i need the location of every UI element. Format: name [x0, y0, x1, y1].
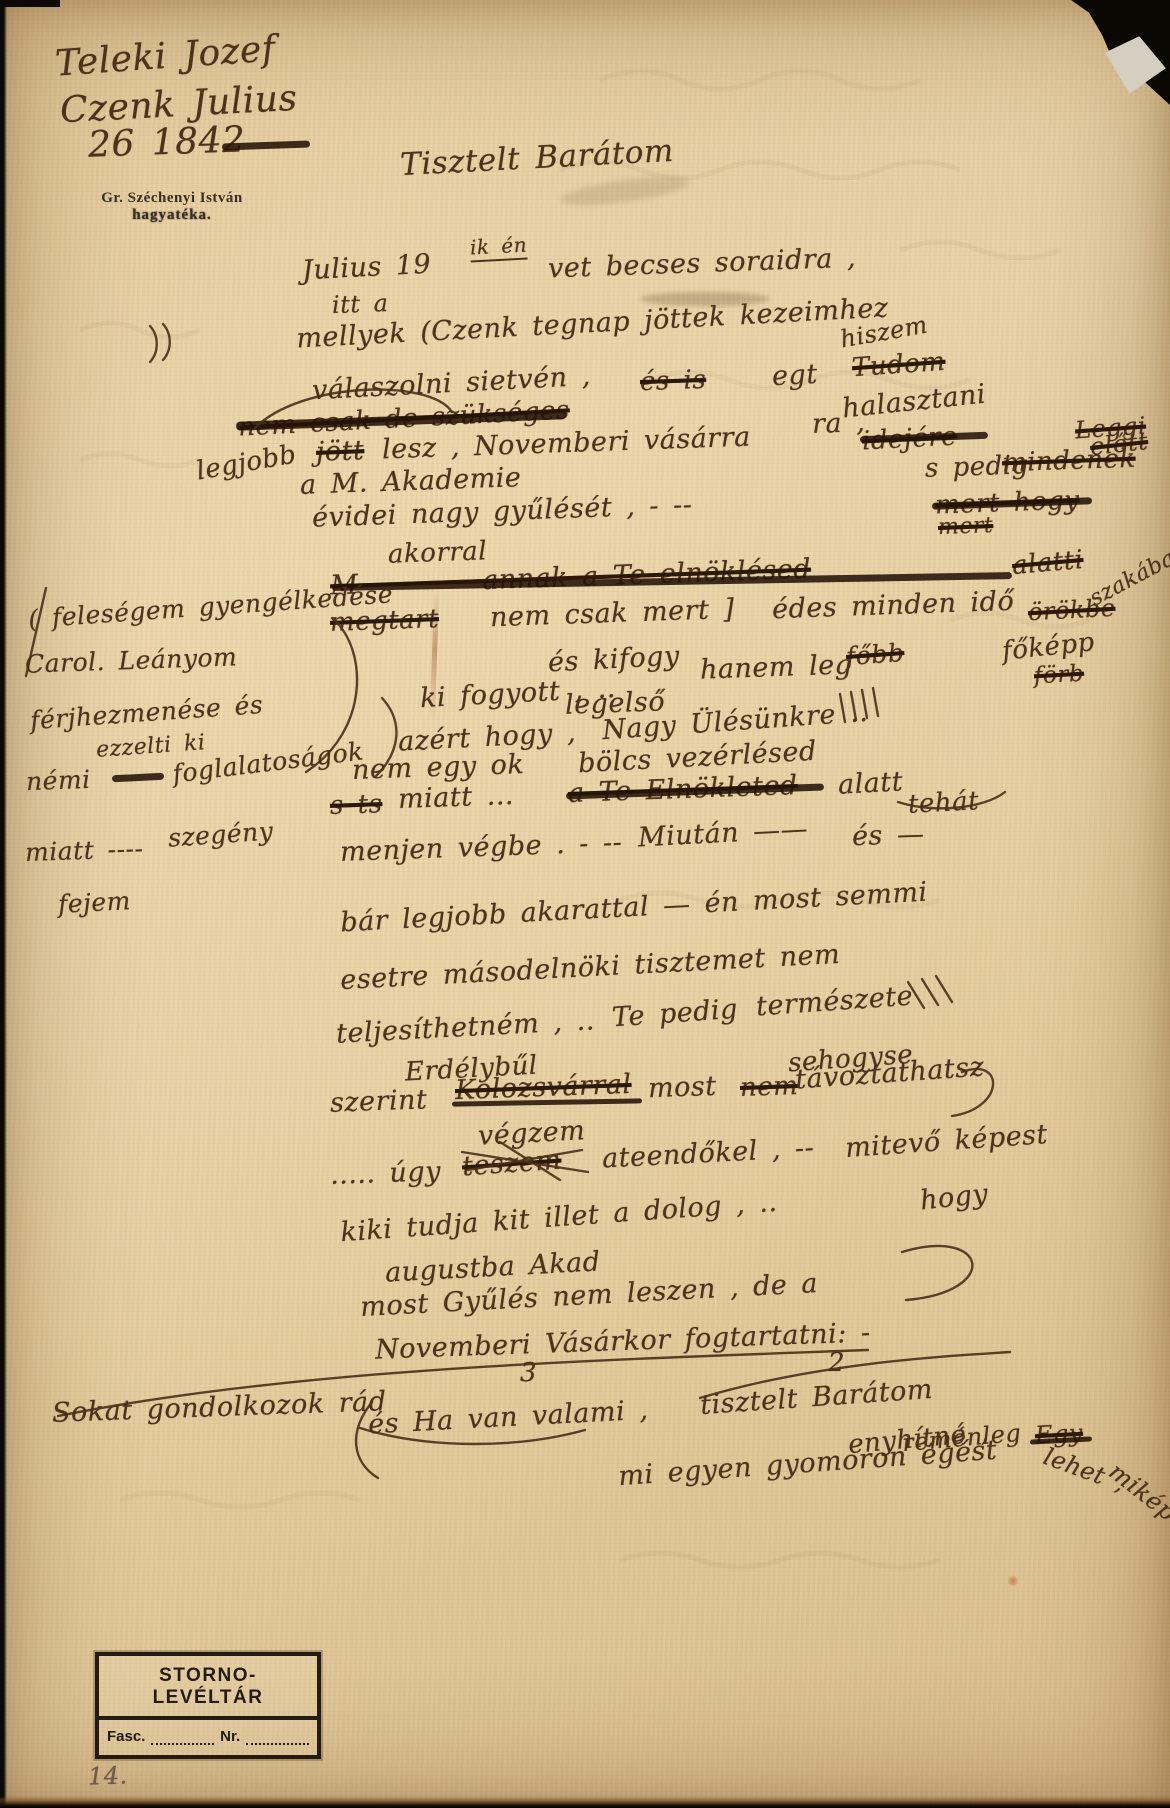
- hw-seg-l29a: 3: [520, 1358, 537, 1388]
- hw-seg-l01b: ik én: [469, 233, 527, 263]
- hw-seg-l32c: Egy: [1034, 1419, 1083, 1449]
- hw-seg-l16b: miatt ...: [397, 780, 514, 815]
- nr-dotted-line: [246, 1729, 309, 1745]
- archive-stamp: STORNO-LEVÉLTÁR Fasc. Nr.: [95, 1652, 321, 1759]
- fasc-dotted-line: [151, 1729, 214, 1745]
- hw-seg-l06b: jött: [315, 435, 364, 468]
- archive-stamp-title: STORNO-LEVÉLTÁR: [99, 1656, 317, 1720]
- hw-seg-l16a: s ts: [329, 789, 382, 821]
- printed-provenance-stamp: Gr. Széchenyi István hagyatéka.: [92, 190, 252, 224]
- nr-label: Nr.: [220, 1728, 240, 1745]
- margin-note-7: fejem: [57, 886, 131, 919]
- hw-seg-l16d: alatt: [837, 766, 904, 800]
- hw-seg-l22d: nem: [739, 1071, 798, 1103]
- hw-seg-l29b: 2: [828, 1348, 845, 1378]
- hw-seg-l05b: ra ,: [811, 407, 865, 440]
- dateline-date: 26 1842: [87, 119, 246, 165]
- provenance-line1: Gr. Széchenyi István: [92, 190, 252, 207]
- hw-seg-l02: itt a: [332, 289, 389, 319]
- margin-note-5a: némi: [26, 765, 92, 796]
- hw-seg-l17d: és —: [851, 819, 924, 853]
- hw-seg-l12c: főbb: [845, 638, 905, 671]
- hw-seg-l12b: hanem leg: [700, 649, 853, 685]
- hw-seg-l08c: mert: [938, 513, 994, 540]
- hw-seg-l04b: és is: [639, 365, 706, 397]
- hw-seg-l04c: egt: [771, 359, 818, 392]
- hw-seg-l24a: ..... úgy: [329, 1156, 441, 1191]
- hw-seg-l09c: alatti: [1011, 545, 1085, 581]
- provenance-line2: hagyatéka.: [92, 207, 252, 224]
- paper-edge-left: [0, 0, 7, 1808]
- fasc-label: Fasc.: [107, 1728, 145, 1745]
- page-number: 14.: [88, 1761, 129, 1790]
- hw-seg-l22a: szerint: [329, 1084, 427, 1118]
- manuscript-page: Teleki Jozef Czenk Julius 26 1842 Gr. Sz…: [0, 0, 1170, 1808]
- margin-note-6a: miatt ----: [25, 834, 144, 867]
- paper-edge-top: [0, 0, 60, 7]
- paper-edge-bottom: [0, 1796, 1170, 1808]
- hw-seg-l11c: förb: [1033, 661, 1084, 690]
- hw-seg-l22c: most: [647, 1071, 717, 1104]
- hw-seg-l17a: tehát: [907, 786, 980, 820]
